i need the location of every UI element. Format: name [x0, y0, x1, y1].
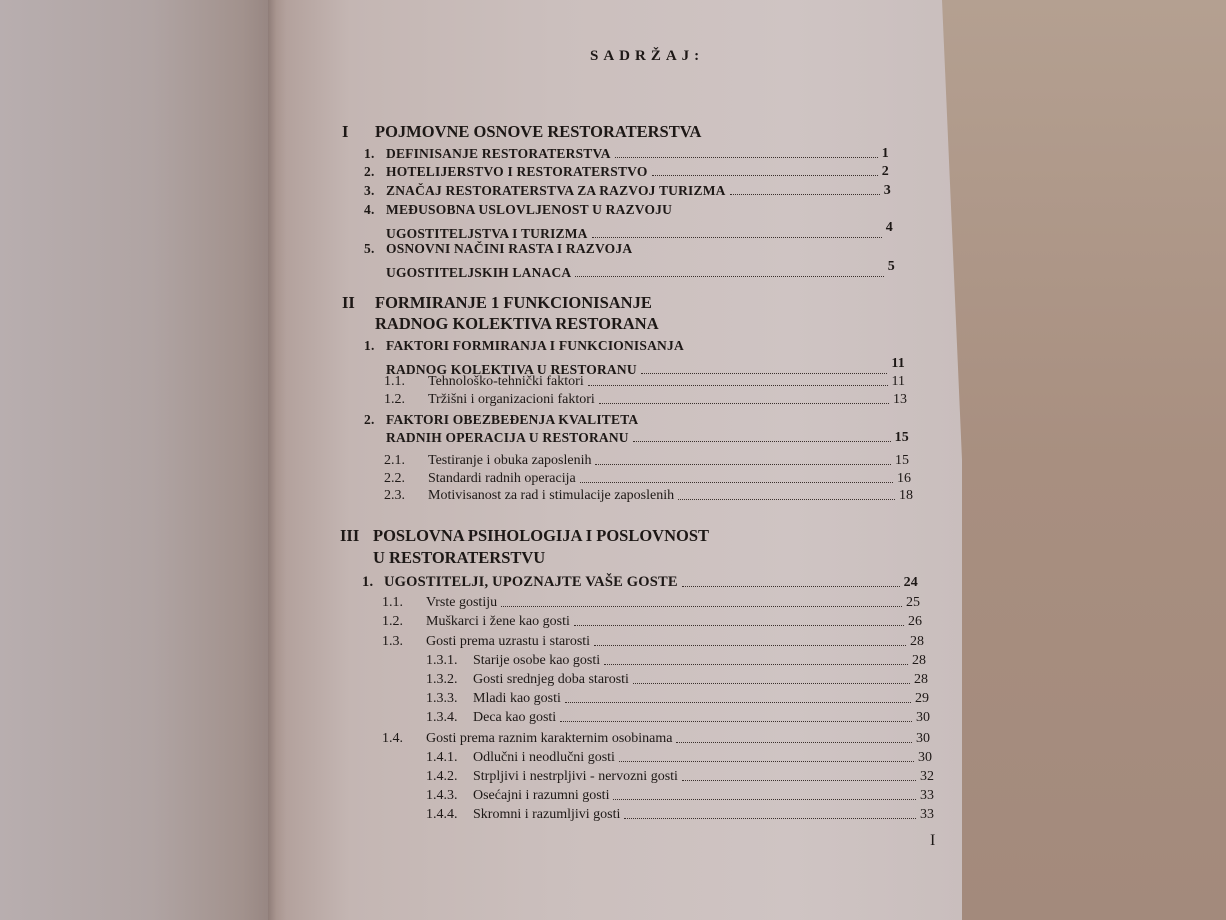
- page-ref: 30: [916, 710, 930, 726]
- page-ref: 29: [915, 691, 929, 707]
- toc-entry[interactable]: 2.HOTELIJERSTVO I RESTORATERSTVO 2: [364, 164, 889, 180]
- leader-dots: [595, 463, 891, 465]
- part-number: III: [340, 525, 359, 546]
- leader-dots: [560, 720, 912, 722]
- leader-dots: [676, 741, 912, 743]
- page-ref: 2: [882, 164, 889, 180]
- leader-dots: [599, 402, 889, 404]
- table-of-contents: SADRŽAJ: I POJMOVNE OSNOVE RESTORATERSTV…: [0, 0, 1226, 920]
- page-ref: 30: [918, 750, 932, 766]
- page-ref: 15: [895, 453, 909, 469]
- leader-dots: [574, 624, 904, 626]
- page-ref: 16: [897, 471, 911, 487]
- leader-dots: [565, 701, 911, 703]
- toc-entry[interactable]: 2.2.Standardi radnih operacija 16: [384, 471, 911, 487]
- page-ref: 15: [895, 430, 909, 446]
- page-ref: 11: [892, 374, 905, 390]
- part-number: I: [342, 121, 348, 142]
- leader-dots: [682, 779, 916, 781]
- leader-dots: [580, 481, 893, 483]
- toc-entry[interactable]: 1.3.2.Gosti srednjeg doba starosti 28: [426, 672, 928, 688]
- part-number: II: [342, 292, 355, 313]
- page-ref: 26: [908, 614, 922, 630]
- leader-dots: [730, 193, 880, 195]
- leader-dots: [592, 236, 882, 238]
- toc-entry[interactable]: 1.4.4.Skromni i razumljivi gosti 33: [426, 807, 934, 823]
- page-ref: 30: [916, 731, 930, 747]
- toc-entry[interactable]: 2.3.Motivisanost za rad i stimulacije za…: [384, 488, 913, 504]
- toc-entry[interactable]: 1.3.4.Deca kao gosti 30: [426, 710, 930, 726]
- toc-entry[interactable]: 1.DEFINISANJE RESTORATERSTVA 1: [364, 146, 889, 162]
- toc-entry[interactable]: 1.4.Gosti prema raznim karakternim osobi…: [382, 731, 930, 747]
- page-number: I: [930, 832, 935, 850]
- toc-entry[interactable]: 3.ZNAČAJ RESTORATERSTVA ZA RAZVOJ TURIZM…: [364, 183, 891, 199]
- leader-dots: [678, 498, 895, 500]
- leader-dots: [682, 585, 900, 587]
- toc-entry[interactable]: 1.2.Tržišni i organizacioni faktori 13: [384, 392, 907, 408]
- toc-entry[interactable]: 5.OSNOVNI NAČINI RASTA I RAZVOJA UGOSTIT…: [364, 259, 895, 281]
- page-ref: 33: [920, 807, 934, 823]
- toc-entry[interactable]: 1.UGOSTITELJI, UPOZNAJTE VAŠE GOSTE 24: [362, 574, 918, 591]
- page-ref: 5: [888, 259, 895, 275]
- part-title: POSLOVNA PSIHOLOGIJA I POSLOVNOST: [373, 525, 709, 546]
- toc-entry[interactable]: 1.1.Vrste gostiju 25: [382, 595, 920, 611]
- toc-entry[interactable]: 1.4.1.Odlučni i neodlučni gosti 30: [426, 750, 932, 766]
- toc-title: SADRŽAJ:: [590, 48, 704, 65]
- page-ref: 13: [893, 392, 907, 408]
- leader-dots: [501, 605, 902, 607]
- toc-entry[interactable]: 1.1.Tehnološko-tehnički faktori 11: [384, 374, 905, 390]
- page-ref: 4: [886, 220, 893, 236]
- leader-dots: [633, 682, 910, 684]
- page-ref: 18: [899, 488, 913, 504]
- toc-entry[interactable]: 1.3.1.Starije osobe kao gosti 28: [426, 653, 926, 669]
- leader-dots: [615, 156, 878, 158]
- leader-dots: [604, 663, 908, 665]
- page-ref: 11: [891, 356, 905, 372]
- toc-entry[interactable]: 1.2.Muškarci i žene kao gosti 26: [382, 614, 922, 630]
- leader-dots: [588, 384, 888, 386]
- page-ref: 33: [920, 788, 934, 804]
- toc-entry[interactable]: 1.4.3.Osećajni i razumni gosti 33: [426, 788, 934, 804]
- page-ref: 24: [904, 575, 918, 591]
- page-ref: 25: [906, 595, 920, 611]
- leader-dots: [575, 275, 883, 277]
- page-ref: 1: [882, 146, 889, 162]
- leader-dots: [613, 798, 916, 800]
- leader-dots: [594, 644, 906, 646]
- leader-dots: [652, 174, 878, 176]
- page-ref: 28: [910, 634, 924, 650]
- page-ref: 3: [884, 183, 891, 199]
- page-ref: 32: [920, 769, 934, 785]
- toc-entry[interactable]: 1.3.3.Mladi kao gosti 29: [426, 691, 929, 707]
- toc-entry[interactable]: 2.FAKTORI OBEZBEĐENJA KVALITETA RADNIH O…: [364, 430, 909, 446]
- toc-entry[interactable]: 1.4.2.Strpljivi i nestrpljivi - nervozni…: [426, 769, 934, 785]
- leader-dots: [619, 760, 914, 762]
- leader-dots: [633, 440, 891, 442]
- toc-entry[interactable]: 4.MEĐUSOBNA USLOVLJENOST U RAZVOJU UGOST…: [364, 220, 893, 242]
- toc-entry[interactable]: 2.1.Testiranje i obuka zaposlenih 15: [384, 453, 909, 469]
- part-title: FORMIRANJE 1 FUNKCIONISANJE: [375, 292, 652, 313]
- page-ref: 28: [912, 653, 926, 669]
- part-title: POJMOVNE OSNOVE RESTORATERSTVA: [375, 121, 701, 142]
- page-ref: 28: [914, 672, 928, 688]
- toc-entry[interactable]: 1.3.Gosti prema uzrastu i starosti 28: [382, 634, 924, 650]
- leader-dots: [624, 817, 916, 819]
